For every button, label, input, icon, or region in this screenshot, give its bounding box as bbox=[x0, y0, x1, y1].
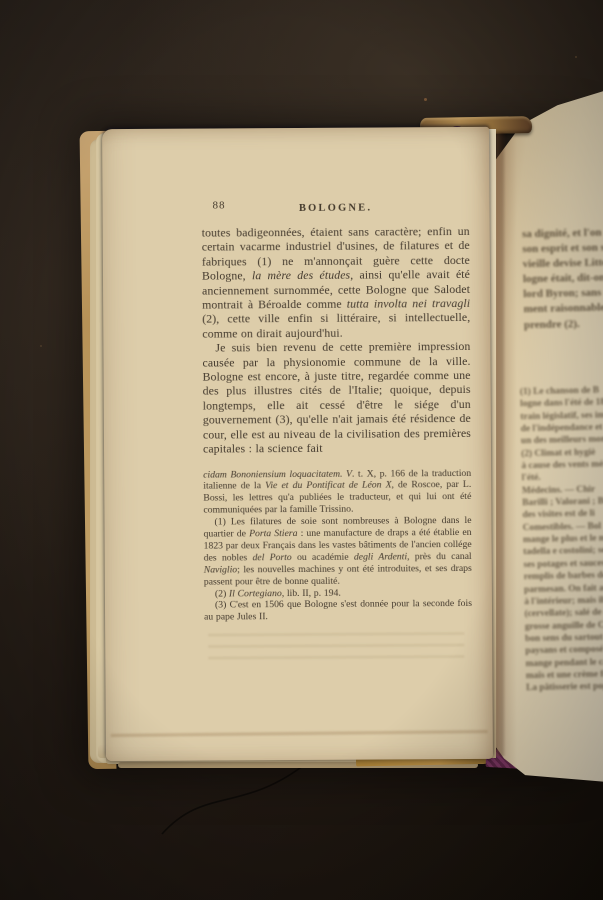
facing-page-footnotes: (1) Le chanson de Blogne dans l'été de 1… bbox=[520, 384, 603, 695]
show-through bbox=[208, 632, 464, 660]
page-number: 88 bbox=[213, 199, 226, 211]
dust-speck bbox=[424, 98, 427, 101]
page-text: 88 BOLOGNE. toutes badigeonnées, étaient… bbox=[201, 197, 472, 660]
running-title: BOLOGNE. bbox=[299, 203, 372, 214]
photo-background: sa dignité, et l'onson esprit et son svi… bbox=[0, 0, 603, 900]
footnotes: cidam Bononiensium loquacitatem. V. t. X… bbox=[203, 467, 472, 623]
dust-speck bbox=[575, 56, 577, 58]
facing-page-text: sa dignité, et l'onson esprit et son svi… bbox=[522, 225, 603, 333]
left-page: 88 BOLOGNE. toutes badigeonnées, étaient… bbox=[102, 127, 493, 761]
page-header: 88 BOLOGNE. bbox=[201, 197, 469, 214]
page-body: toutes badigeonnées, étaient sans caract… bbox=[202, 224, 471, 456]
gutter-crease bbox=[496, 132, 506, 756]
dust-speck bbox=[40, 345, 42, 347]
page-crease bbox=[111, 730, 488, 737]
